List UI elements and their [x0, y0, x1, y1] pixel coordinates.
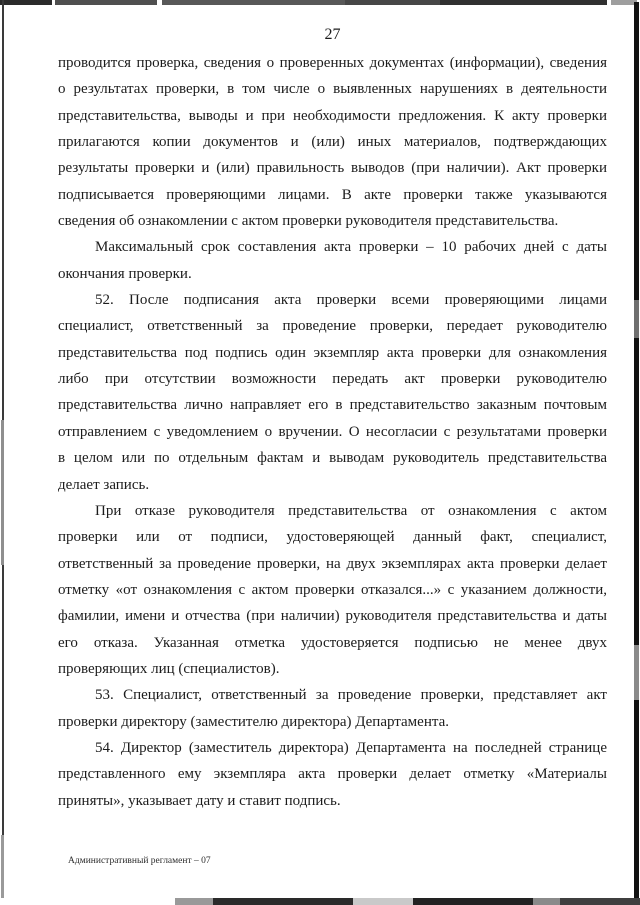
page-number: 27 [58, 26, 607, 44]
text-line: представительства лично направляет его в… [58, 392, 607, 418]
scan-edge-left-bottom [1, 835, 4, 905]
text-line: окончания проверки. [58, 261, 607, 287]
text-line: При отказе руководителя представительств… [58, 498, 607, 524]
footer-note: Административный регламент – 07 [68, 856, 211, 866]
text-line: проверки или от подписи, удостоверяющей … [58, 524, 607, 550]
text-line: представительства под подпись один экзем… [58, 340, 607, 366]
document-body: проводится проверка, сведения о проверен… [58, 50, 607, 814]
text-line: либо при отсутствии возможности передать… [58, 366, 607, 392]
text-line: представительства, выводы и при необходи… [58, 103, 607, 129]
text-line: фамилии, имени и отчества (при наличии) … [58, 603, 607, 629]
text-line: прилагаются копии документов и (или) ины… [58, 129, 607, 155]
text-line: проверки директору (заместителю директор… [58, 709, 607, 735]
text-line: специалист, ответственный за проведение … [58, 313, 607, 339]
text-line: 53. Специалист, ответственный за проведе… [58, 682, 607, 708]
text-line: подписывается проверяющими лицами. В акт… [58, 182, 607, 208]
text-line: его отказа. Указанная отметка удостоверя… [58, 630, 607, 656]
text-line: Максимальный срок составления акта прове… [58, 234, 607, 260]
scan-edge-right-light [634, 300, 640, 338]
scan-edge-left-light [1, 420, 4, 565]
text-line: отметку «от ознакомления с актом проверк… [58, 577, 607, 603]
text-line: делает запись. [58, 472, 607, 498]
text-line: результаты проверки и (или) правильность… [58, 155, 607, 181]
text-line: отправлением с уведомлением о вручении. … [58, 419, 607, 445]
scan-edge-right [634, 2, 640, 905]
text-line: сведения об ознакомлении с актом проверк… [58, 208, 607, 234]
text-line: проверяющих лиц (специалистов). [58, 656, 607, 682]
scan-edge-bottom [0, 898, 640, 905]
text-line: 54. Директор (заместитель директора) Деп… [58, 735, 607, 761]
text-line: о результатах проверки, в том числе о вы… [58, 76, 607, 102]
scan-edge-top [0, 0, 640, 5]
text-line: ответственный за проведение проверки, на… [58, 551, 607, 577]
text-line: проводится проверка, сведения о проверен… [58, 50, 607, 76]
scan-edge-right-light [634, 645, 640, 700]
text-line: в целом или по отдельным фактам и вывода… [58, 445, 607, 471]
text-line: 52. После подписания акта проверки всеми… [58, 287, 607, 313]
text-line: приняты», указывает дату и ставит подпис… [58, 788, 607, 814]
scanned-document-page: 27 проводится проверка, сведения о прове… [0, 0, 640, 905]
text-line: представленного ему экземпляра акта пров… [58, 761, 607, 787]
